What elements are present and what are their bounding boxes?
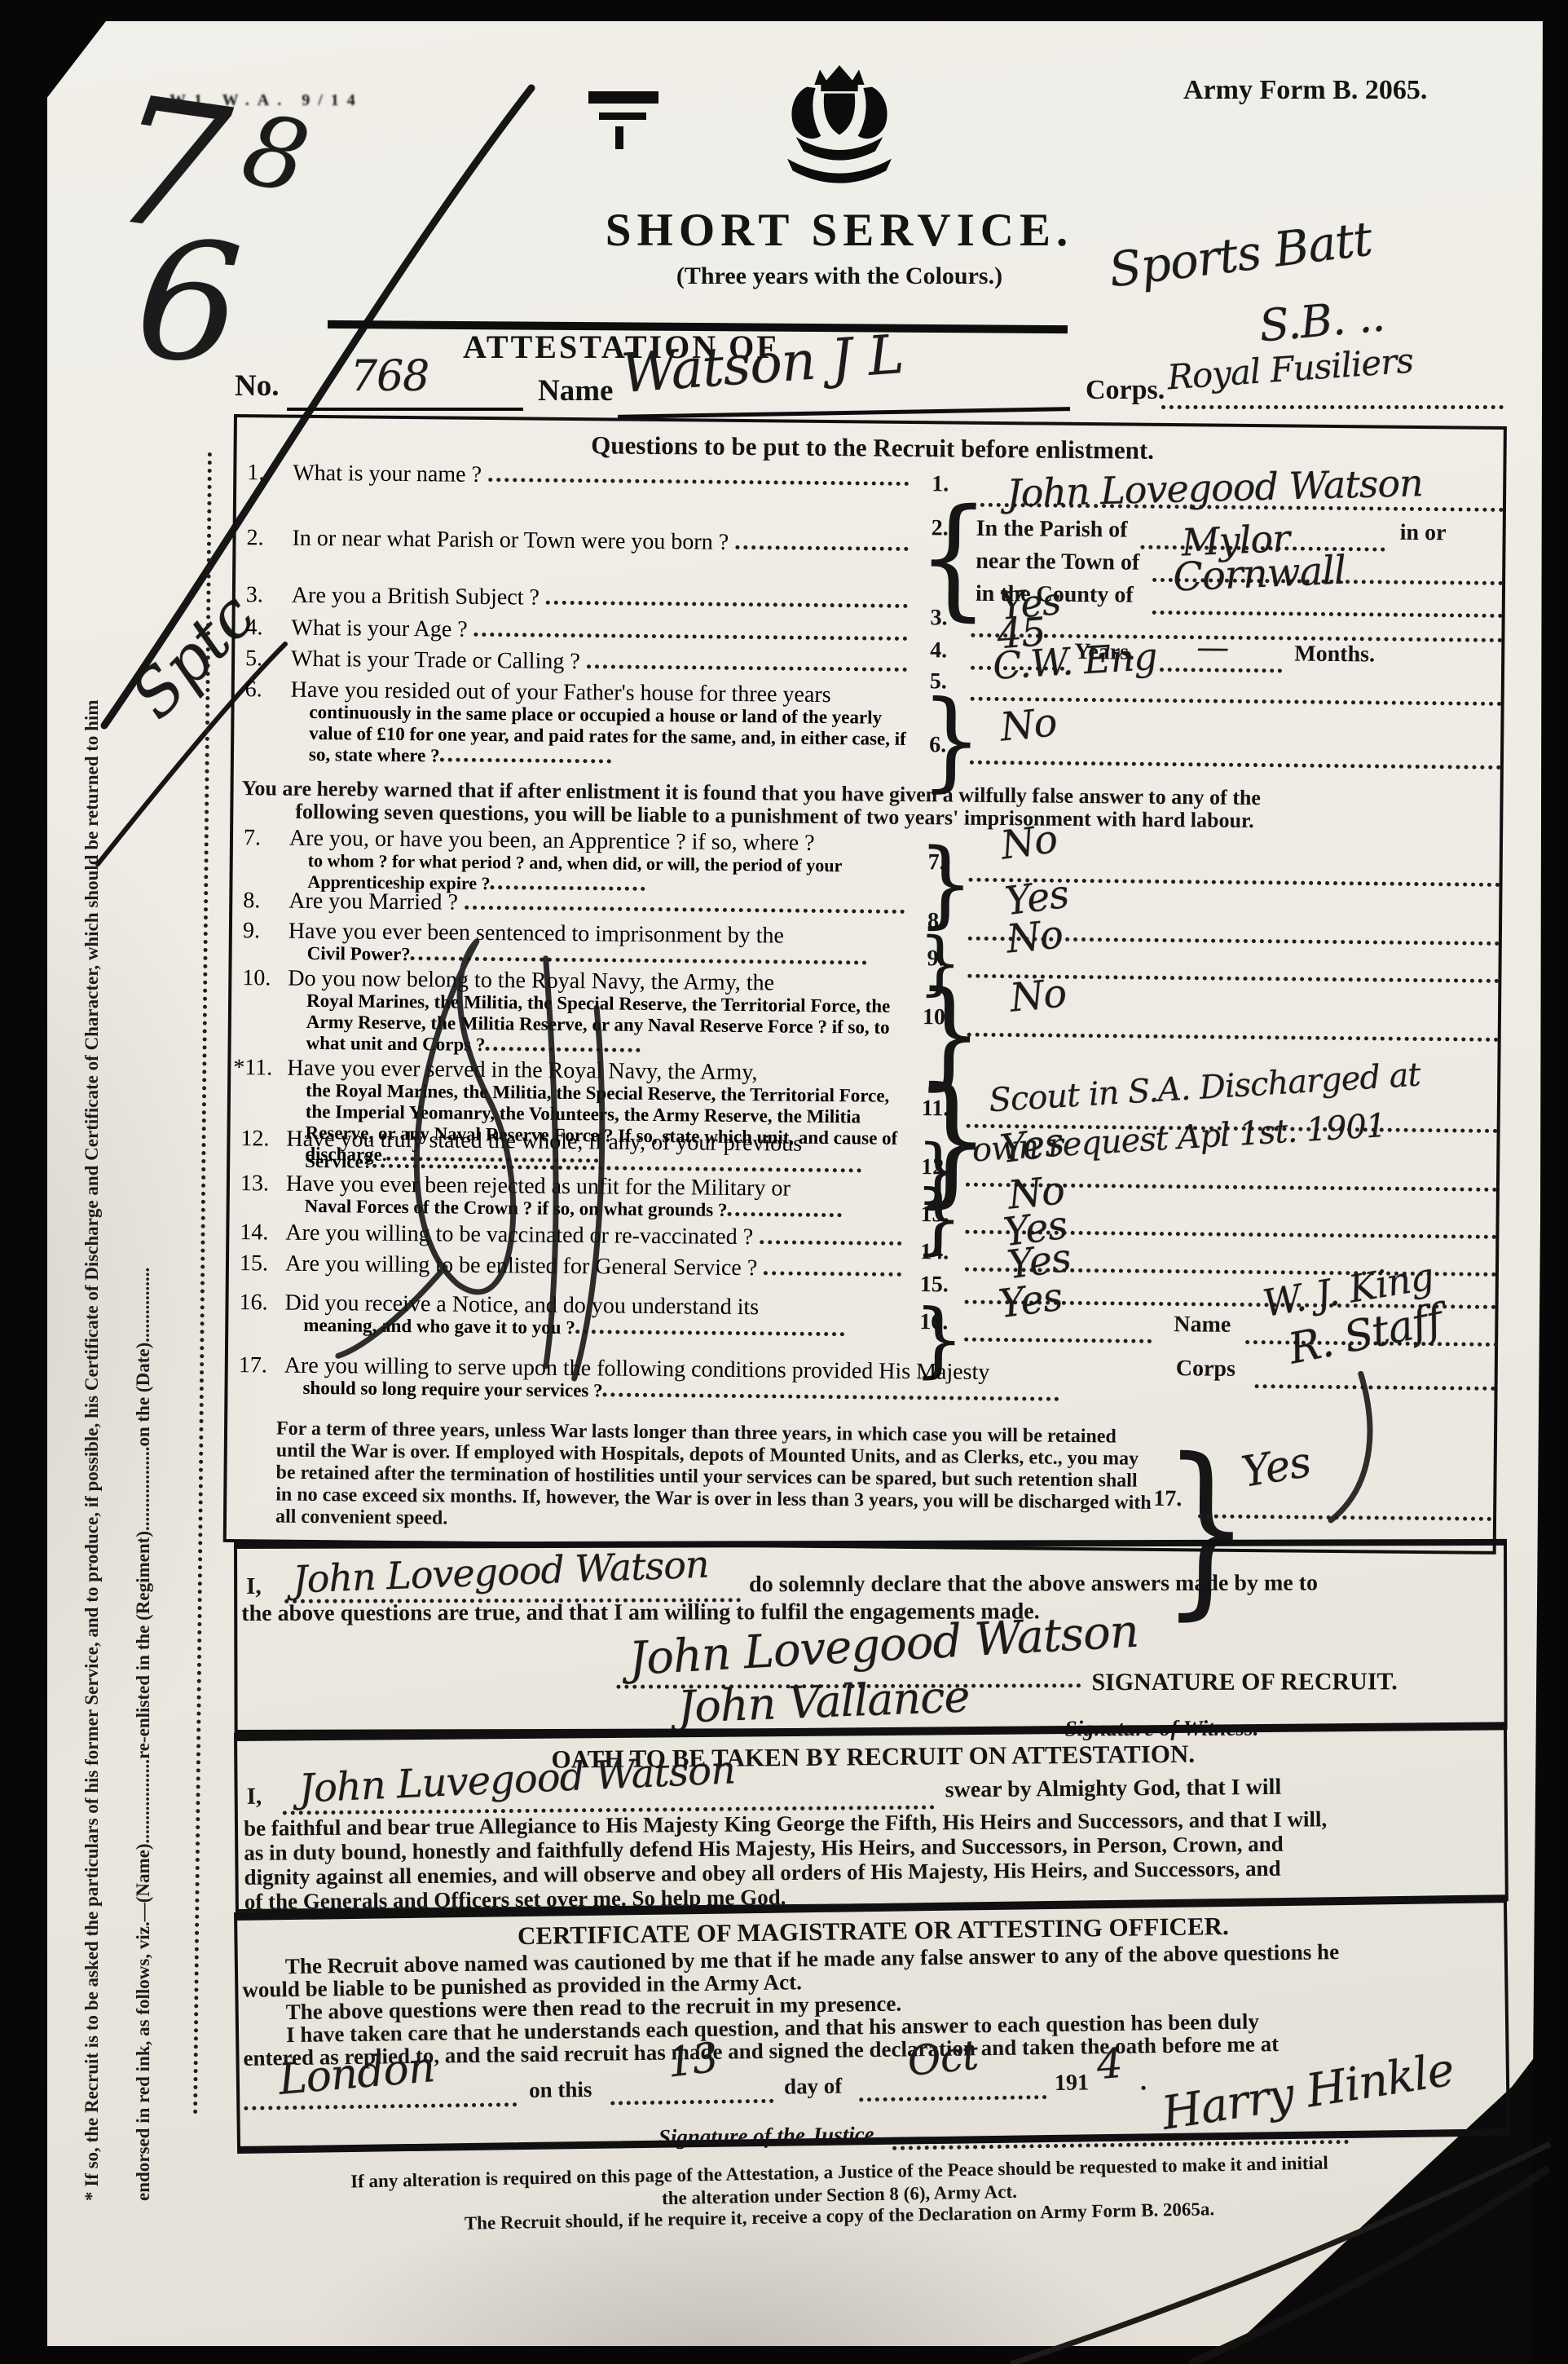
on-this-label: on this	[529, 2077, 592, 2103]
scanned-attestation-form: W1 W.A. 9/14 7 6 8 Sptc Army Form B. 206…	[0, 0, 1568, 2364]
day-of-label: day of	[784, 2074, 843, 2100]
year-printed: 191	[1055, 2070, 1089, 2097]
month-value: Oct	[905, 2031, 980, 2085]
name-label: Name	[538, 373, 613, 408]
oath-section: OATH TO BE TAKEN BY RECRUIT ON ATTESTATI…	[234, 1722, 1509, 1912]
oath-i-label: I,	[247, 1784, 262, 1810]
no-label: No.	[235, 368, 279, 404]
questions-section: Questions to be put to the Recruit befor…	[223, 414, 1507, 1555]
margin-note-line2: endorsed in red ink, as follows, viz.—(N…	[133, 1268, 154, 2201]
recruit-signature-label: SIGNATURE OF RECRUIT.	[1091, 1668, 1397, 1696]
margin-note-line1: * If so, the Recruit is to be asked the …	[81, 699, 103, 2201]
declaration-name-value: John Lovegood Watson	[292, 1542, 709, 1602]
day-value: 13	[664, 2034, 720, 2087]
witness-signature: John Vallance	[676, 1670, 970, 1732]
form-number: Army Form B. 2065.	[1183, 75, 1427, 106]
justice-label: Signature of the Justice	[658, 2122, 874, 2150]
corps-label: Corps.	[1086, 375, 1165, 406]
form-subtitle: (Three years with the Colours.)	[456, 262, 1222, 290]
ink-scrawl	[227, 417, 1510, 1558]
month-dots	[859, 2095, 1046, 2102]
unit-annotation-2: S.B. ..	[1257, 289, 1386, 351]
oath-line1-rest: swear by Almighty God, that I will	[945, 1775, 1282, 1804]
declaration-line1-rest: do solemnly declare that the above answe…	[749, 1571, 1318, 1599]
no-underline	[287, 408, 523, 411]
corps-dots	[1161, 405, 1504, 409]
declaration-section: I, John Lovegood Watson do solemnly decl…	[234, 1539, 1508, 1733]
year-value: 4	[1095, 2040, 1124, 2088]
day-dots	[610, 2099, 773, 2106]
declaration-i-label: I,	[246, 1573, 262, 1600]
year-period: .	[1140, 2066, 1147, 2096]
royal-crest-icon	[774, 49, 905, 192]
certificate-section: CERTIFICATE OF MAGISTRATE OR ATTESTING O…	[234, 1894, 1510, 2154]
no-value: 768	[350, 352, 429, 401]
